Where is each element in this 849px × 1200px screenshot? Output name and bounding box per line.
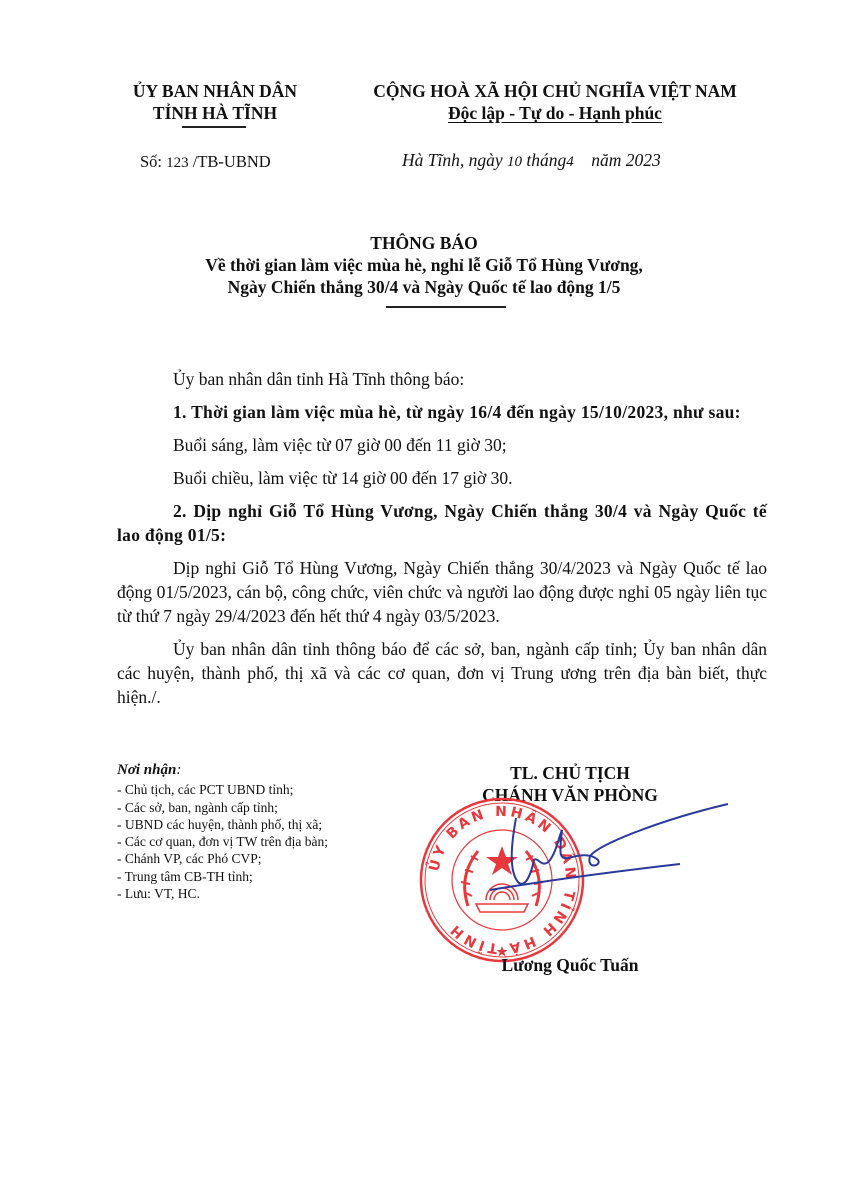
issuer-divider: [182, 126, 246, 128]
handwritten-signature-icon: [490, 800, 730, 910]
recipients-block: Nơi nhận: - Chủ tịch, các PCT UBND tỉnh;…: [117, 762, 328, 902]
recipient-item: - Các sở, ban, ngành cấp tỉnh;: [117, 799, 328, 816]
recipient-item: - Lưu: VT, HC.: [117, 885, 328, 902]
issuer-line-1: ỦY BAN NHÂN DÂN: [110, 80, 320, 102]
title-subtitle-1: Về thời gian làm việc mùa hè, nghỉ lễ Gi…: [100, 254, 748, 276]
document-number: Số: 123 /TB-UBND: [140, 152, 271, 172]
title-divider: [386, 306, 506, 308]
afternoon-hours: Buổi chiều, làm việc từ 14 giờ 00 đến 17…: [117, 466, 767, 490]
recipient-item: - Chánh VP, các Phó CVP;: [117, 850, 328, 867]
document-body: Ủy ban nhân dân tỉnh Hà Tĩnh thông báo: …: [117, 367, 767, 709]
authority-line-1: TL. CHỦ TỊCH: [440, 762, 700, 784]
issuer-block: ỦY BAN NHÂN DÂN TỈNH HÀ TĨNH: [110, 80, 320, 124]
section-2-text: Dịp nghỉ Giỗ Tổ Hùng Vương, Ngày Chiến t…: [117, 556, 767, 628]
section-2-heading: 2. Dịp nghỉ Giỗ Tổ Hùng Vương, Ngày Chiế…: [117, 499, 767, 547]
doc-number-label: Số:: [140, 152, 162, 171]
recipients-list: - Chủ tịch, các PCT UBND tỉnh;- Các sở, …: [117, 781, 328, 902]
title-main: THÔNG BÁO: [100, 232, 748, 254]
date-day: 10: [507, 154, 522, 170]
recipient-item: - Các cơ quan, đơn vị TW trên địa bàn;: [117, 833, 328, 850]
title-subtitle-2: Ngày Chiến thắng 30/4 và Ngày Quốc tế la…: [100, 276, 748, 298]
doc-number-value: 123: [166, 155, 189, 171]
date-month: 4: [566, 154, 574, 170]
section-1-heading: 1. Thời gian làm việc mùa hè, từ ngày 16…: [117, 400, 767, 424]
doc-number-suffix: /TB-UBND: [193, 152, 271, 171]
country-name: CỘNG HOÀ XÃ HỘI CHỦ NGHĨA VIỆT NAM: [350, 80, 760, 102]
morning-hours: Buổi sáng, làm việc từ 07 giờ 00 đến 11 …: [117, 433, 767, 457]
issuer-line-2: TỈNH HÀ TĨNH: [110, 102, 320, 124]
closing-paragraph: Ủy ban nhân dân tỉnh thông báo để các sở…: [117, 637, 767, 709]
national-motto: Độc lập - Tự do - Hạnh phúc: [448, 103, 662, 123]
issue-date: Hà Tĩnh, ngày 10 tháng4 năm 2023: [402, 150, 661, 171]
date-year: năm 2023: [591, 150, 661, 170]
recipient-item: - UBND các huyện, thành phố, thị xã;: [117, 816, 328, 833]
recipient-item: - Trung tâm CB-TH tỉnh;: [117, 868, 328, 885]
recipient-item: - Chủ tịch, các PCT UBND tỉnh;: [117, 781, 328, 798]
document-title: THÔNG BÁO Về thời gian làm việc mùa hè, …: [100, 232, 748, 298]
intro-paragraph: Ủy ban nhân dân tỉnh Hà Tĩnh thông báo:: [117, 367, 767, 391]
signer-name: Lương Quốc Tuấn: [440, 955, 700, 976]
recipients-heading: Nơi nhận:: [117, 762, 328, 779]
date-month-label: tháng: [526, 150, 566, 170]
national-header: CỘNG HOÀ XÃ HỘI CHỦ NGHĨA VIỆT NAM Độc l…: [350, 80, 760, 124]
date-place: Hà Tĩnh, ngày: [402, 150, 503, 170]
